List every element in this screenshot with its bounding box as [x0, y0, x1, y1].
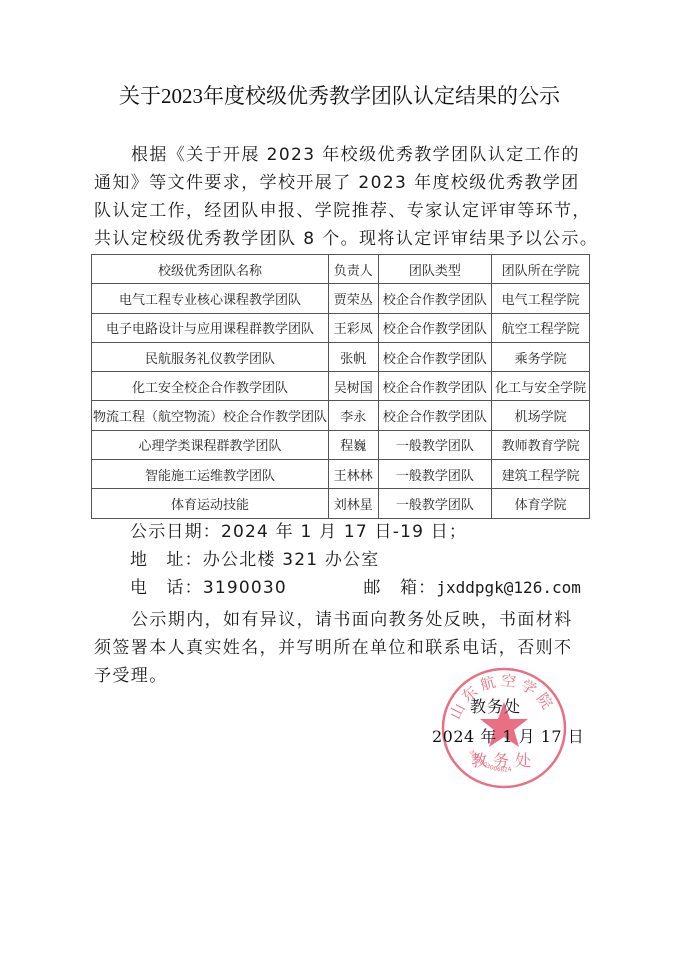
address: 地 址：办公北楼 321 办公室: [94, 546, 594, 574]
table-row: 体育运动技能 刘林星 一般教学团队 体育学院: [92, 489, 590, 518]
table-row: 心理学类课程群教学团队 程巍 一般教学团队 教师教育学院: [92, 430, 590, 459]
cell-college: 建筑工程学院: [492, 460, 590, 489]
cell-team-name: 物流工程（航空物流）校企合作教学团队: [92, 401, 329, 430]
table-row: 化工安全校企合作教学团队 吴树国 校企合作教学团队 化工与安全学院: [92, 372, 590, 401]
table-header-row: 校级优秀团队名称 负责人 团队类型 团队所在学院: [92, 255, 590, 284]
email-label: 邮 箱：: [364, 574, 437, 602]
cell-team-name: 电子电路设计与应用课程群教学团队: [92, 313, 329, 342]
signature-office: 教务处: [470, 694, 521, 717]
cell-team-name: 心理学类课程群教学团队: [92, 430, 329, 459]
cell-leader: 张帆: [328, 342, 378, 371]
phone-value: 3190030: [203, 578, 287, 598]
table-row: 民航服务礼仪教学团队 张帆 校企合作教学团队 乘务学院: [92, 342, 590, 371]
cell-college: 体育学院: [492, 489, 590, 518]
header-college: 团队所在学院: [492, 255, 590, 284]
cell-team-type: 一般教学团队: [378, 489, 492, 518]
address-value: 办公北楼 321 办公室: [203, 550, 380, 570]
cell-team-type: 校企合作教学团队: [378, 342, 492, 371]
email-value: jxddpgk@126.com: [436, 578, 581, 597]
table-row: 物流工程（航空物流）校企合作教学团队 李永 校企合作教学团队 机场学院: [92, 401, 590, 430]
cell-team-type: 校企合作教学团队: [378, 313, 492, 342]
table-row: 电子电路设计与应用课程群教学团队 王彩凤 校企合作教学团队 航空工程学院: [92, 313, 590, 342]
notice-line: 公示期内，如有异议，请书面向教务处反映，书面材料: [94, 606, 594, 634]
cell-college: 电气工程学院: [492, 284, 590, 313]
cell-leader: 刘林星: [328, 489, 378, 518]
cell-team-name: 化工安全校企合作教学团队: [92, 372, 329, 401]
cell-team-type: 校企合作教学团队: [378, 284, 492, 313]
date-value: 2024 年 1 月 17 日-19 日；: [221, 522, 467, 542]
announcement-period: 公示日期：2024 年 1 月 17 日-19 日；: [94, 518, 594, 546]
header-team-type: 团队类型: [378, 255, 492, 284]
header-leader: 负责人: [328, 255, 378, 284]
teams-table: 校级优秀团队名称 负责人 团队类型 团队所在学院 电气工程专业核心课程教学团队 …: [91, 254, 590, 519]
contact-info: 公示日期：2024 年 1 月 17 日-19 日； 地 址：办公北楼 321 …: [94, 518, 594, 602]
cell-team-type: 一般教学团队: [378, 460, 492, 489]
cell-team-name: 电气工程专业核心课程教学团队: [92, 284, 329, 313]
cell-leader: 程巍: [328, 430, 378, 459]
cell-leader: 吴树国: [328, 372, 378, 401]
cell-college: 教师教育学院: [492, 430, 590, 459]
header-team-name: 校级优秀团队名称: [92, 255, 329, 284]
cell-team-name: 民航服务礼仪教学团队: [92, 342, 329, 371]
signature-date: 2024 年 1 月 17 日: [432, 724, 584, 747]
table-row: 智能施工运维教学团队 王林林 一般教学团队 建筑工程学院: [92, 460, 590, 489]
intro-line: 通知》等文件要求，学校开展了 2023 年度校级优秀教学团: [94, 169, 594, 197]
phone-and-email: 电 话：3190030 邮 箱：jxddpgk@126.com: [94, 574, 594, 602]
cell-leader: 王林林: [328, 460, 378, 489]
cell-college: 航空工程学院: [492, 313, 590, 342]
cell-team-type: 校企合作教学团队: [378, 401, 492, 430]
notice-line: 须签署本人真实姓名，并写明所在单位和联系电话，否则不: [94, 634, 594, 662]
intro-line: 共认定校级优秀教学团队 8 个。现将认定评审结果予以公示。: [94, 225, 594, 253]
cell-leader: 贾荣丛: [328, 284, 378, 313]
cell-college: 乘务学院: [492, 342, 590, 371]
date-label: 公示日期：: [130, 522, 221, 542]
cell-team-name: 体育运动技能: [92, 489, 329, 518]
cell-team-type: 校企合作教学团队: [378, 372, 492, 401]
phone-label: 电 话：: [130, 578, 203, 598]
cell-college: 机场学院: [492, 401, 590, 430]
intro-paragraph: 根据《关于开展 2023 年校级优秀教学团队认定工作的 通知》等文件要求，学校开…: [94, 141, 594, 253]
cell-leader: 王彩凤: [328, 313, 378, 342]
cell-leader: 李永: [328, 401, 378, 430]
table-row: 电气工程专业核心课程教学团队 贾荣丛 校企合作教学团队 电气工程学院: [92, 284, 590, 313]
cell-team-type: 一般教学团队: [378, 430, 492, 459]
intro-line: 队认定工作，经团队申报、学院推荐、专家认定评审等环节，: [94, 197, 594, 225]
address-label: 地 址：: [130, 550, 203, 570]
cell-college: 化工与安全学院: [492, 372, 590, 401]
document-title: 关于2023年度校级优秀教学团队认定结果的公示: [0, 80, 679, 110]
intro-line: 根据《关于开展 2023 年校级优秀教学团队认定工作的: [94, 141, 594, 169]
cell-team-name: 智能施工运维教学团队: [92, 460, 329, 489]
